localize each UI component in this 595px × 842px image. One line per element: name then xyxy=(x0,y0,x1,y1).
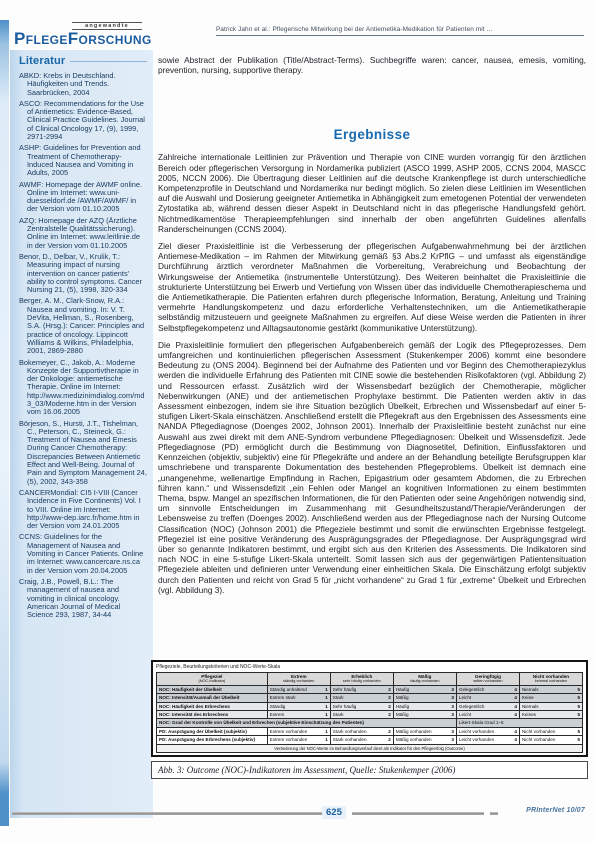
reference-item: Benor, D., Delbar, V., Krulik, T.: Measu… xyxy=(19,253,147,294)
reference-item: Bokemeyer, C., Jakob, A.: Moderne Konzep… xyxy=(19,359,147,417)
footer-rule-left xyxy=(12,812,322,815)
reference-item: Craig, J.B., Powell, B.L.: The managemen… xyxy=(19,578,147,619)
column-header: Mäßig häufig vorhanden xyxy=(393,673,456,686)
sidebar-title: Literatur xyxy=(19,55,65,67)
column-header: Nicht vorhanden keinmal vorhanden xyxy=(519,673,582,686)
footer-rule-right xyxy=(352,812,484,815)
body-paragraph: Zahlreiche internationale Leitlinien zur… xyxy=(158,152,586,234)
footer-rule-stub xyxy=(490,812,498,815)
section-logo: angewandte PflegeForschung xyxy=(14,22,164,48)
reference-item: Berger, A. M., Clark-Snow, R.A.: Nausea … xyxy=(19,297,147,355)
literature-sidebar: Literatur ABKD: Krebs in Deutschland. Hä… xyxy=(10,50,153,818)
reference-item: CANCERMondial: CI5 I-VIII (Cancer Incide… xyxy=(19,489,147,530)
table-row: NOC: Häufigkeit der Übelkeit Ständig anh… xyxy=(157,685,583,693)
column-header: Extrem ständig vorhanden xyxy=(267,673,330,686)
sidebar-title-rule xyxy=(70,61,147,62)
column-header: Pflegeziel (NOC-Indikator) xyxy=(157,673,268,686)
intro-paragraph: sowie Abstract der Publikation (Title/Ab… xyxy=(158,55,586,75)
reference-item: CCNS: Guidelines for the Management of N… xyxy=(19,533,147,574)
reference-item: Börjeson, S., Hursti, J.T., Tishelman, C… xyxy=(19,420,147,486)
table-header-row: Pflegeziel (NOC-Indikator) Extrem ständi… xyxy=(157,673,583,686)
figure-abb3: Pflegeziele, Beurteilungskriterien und N… xyxy=(151,660,588,779)
journal-issue: PRInterNet 10/07 xyxy=(526,807,585,814)
page-footer: 625 PRInterNet 10/07 xyxy=(0,806,595,826)
column-header: Geringfügig selten vorhanden xyxy=(456,673,519,686)
column-header: Erheblich sehr häufig vorhanden xyxy=(330,673,393,686)
noc-table-box: Pflegeziele, Beurteilungskriterien und N… xyxy=(151,660,588,757)
table-row: PD: Ausprägung der Übelkeit (subjektiv) … xyxy=(157,727,583,735)
reference-item: AZQ: Homepage der AZQ (Ärztliche Zentral… xyxy=(19,217,147,250)
page-number: 625 xyxy=(322,806,346,819)
running-header: Patrick Jahn et al.: Pflegerische Mitwir… xyxy=(216,26,584,36)
reference-item: AWMF: Homepage der AWMF online. Online i… xyxy=(19,181,147,214)
reference-item: ASCO: Recommendations for the Use of Ant… xyxy=(19,100,147,141)
table-row: PD: Ausprägung des Erbrechens (subjektiv… xyxy=(157,736,583,744)
article-body: sowie Abstract der Publikation (Title/Ab… xyxy=(158,55,586,602)
reference-item: ASHP: Guidelines for Prevention and Trea… xyxy=(19,144,147,177)
noc-indicator-table: Pflegeziel (NOC-Indikator) Extrem ständi… xyxy=(156,672,583,753)
left-accent-bar xyxy=(0,20,9,826)
section-heading: Ergebnisse xyxy=(158,127,586,142)
body-paragraph: Die Praxisleitlinie formuliert den pfleg… xyxy=(158,340,586,595)
reference-item: ABKD: Krebs in Deutschland. Häufigkeiten… xyxy=(19,72,147,97)
logo-title: PflegeForschung xyxy=(14,30,164,48)
table-title: Pflegeziele, Beurteilungskriterien und N… xyxy=(156,664,583,670)
table-row: NOC: Intensität des Erbrechens Extrem1 S… xyxy=(157,711,583,719)
table-row: NOC: Häufigkeit des Erbrechens Ständig1 … xyxy=(157,702,583,710)
figure-caption: Abb. 3: Outcome (NOC)-Indikatoren im Ass… xyxy=(151,761,588,779)
body-paragraph: Ziel dieser Praxisleitlinie ist die Verb… xyxy=(158,241,586,333)
table-row: NOC: Intensität/Ausmaß der Übelkeit Extr… xyxy=(157,694,583,702)
table-merged-row: NOC: Grad der Kontrolle von Übelkeit und… xyxy=(157,719,583,727)
journal-page: angewandte PflegeForschung Patrick Jahn … xyxy=(0,0,595,842)
table-note-row: Veränderung der NOC-Werte im Behandlungs… xyxy=(157,744,583,752)
